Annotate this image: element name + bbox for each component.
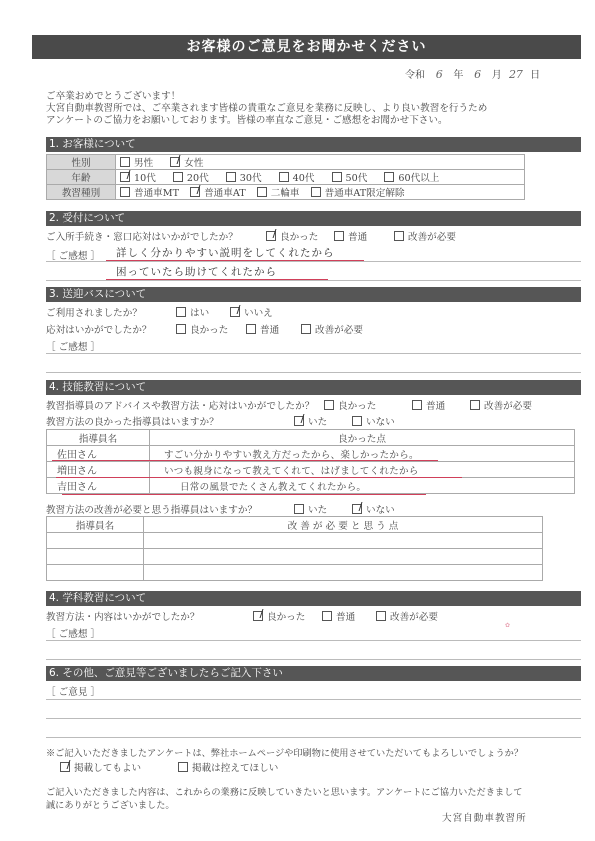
section-academic-header: 4. 学科教習について [46, 591, 581, 606]
instructor-name[interactable] [47, 549, 144, 565]
red-underline [62, 494, 426, 495]
improvement-point[interactable] [144, 533, 543, 549]
red-underline [56, 477, 462, 478]
section-reception-header: 2. 受付について [46, 211, 581, 226]
checkbox-icon[interactable] [322, 611, 332, 621]
reception-question-row: ご入所手続き・窓口応対はいかがでしたか？ 良かった 普通 改善が必要 [46, 229, 238, 243]
option-present[interactable]: いた [294, 502, 327, 516]
checkbox-icon[interactable] [332, 172, 342, 182]
signature: 大宮自動車教習所 [442, 810, 527, 824]
table-row: 吉田さん 日常の風景でたくさん教えてくれたから。 [47, 478, 575, 494]
option-mt[interactable]: 普通車MT [120, 185, 179, 199]
ruled-line [46, 280, 581, 281]
option-good[interactable]: 良かった [266, 229, 318, 243]
improvement-point[interactable] [144, 565, 543, 581]
consent-question: ※ご記入いただきましたアンケートは、弊社ホームページや印刷物に使用させていただい… [46, 745, 523, 759]
bus-used-question: ご利用されましたか？ [46, 308, 142, 319]
checkbox-checked-icon[interactable] [352, 504, 362, 514]
skills-q1: 教習指導員のアドバイスや教習方法・応対はいかがでしたか？ [46, 401, 314, 412]
intro-line: ご卒業おめでとうございます！ [46, 91, 487, 103]
checkbox-icon[interactable] [226, 172, 236, 182]
checkbox-icon[interactable] [334, 231, 344, 241]
reception-comment-line-2[interactable]: 困っていたら助けてくれたから [116, 264, 277, 279]
gender-label: 性別 [47, 155, 116, 170]
checkbox-icon[interactable] [120, 157, 130, 167]
option-needs-improvement[interactable]: 改善が必要 [376, 609, 438, 623]
col-instructor-name: 指導員名 [47, 517, 144, 533]
reception-comment-line-1[interactable]: 詳しく分かりやすい説明をしてくれたから [116, 245, 335, 260]
checkbox-icon[interactable] [279, 172, 289, 182]
section-bus-header: 3. 送迎バスについて [46, 287, 581, 302]
table-row [47, 549, 543, 565]
skills-q1-row: 教習指導員のアドバイスや教習方法・応対はいかがでしたか？ 良かった 普通 改善が… [46, 398, 314, 412]
checkbox-icon[interactable] [246, 324, 256, 334]
skills-q3: 教習方法の改善が必要と思う指導員はいますか？ [46, 505, 257, 516]
table-header: 指導員名 良かった点 [47, 430, 575, 446]
form-title: お客様のご意見をお聞かせください [32, 35, 581, 59]
closing-line: 誠にありがとうございました。 [46, 797, 175, 811]
ruled-line[interactable] [46, 372, 581, 373]
option-40s[interactable]: 40代 [279, 170, 315, 184]
bus-comment-label: ［ ご感想 ］ [46, 339, 100, 353]
bus-service-row: 応対はいかがでしたか？ 良かった 普通 改善が必要 [46, 322, 152, 336]
option-50s[interactable]: 50代 [332, 170, 368, 184]
date-month[interactable]: 6 [467, 68, 489, 81]
good-instructor-table: 指導員名 良かった点 佐田さん すごい分かりやすい教え方だったから、楽しかったか… [46, 429, 575, 494]
course-type-label: 教習種別 [47, 185, 116, 200]
ruled-line [46, 261, 581, 262]
checkbox-icon[interactable] [294, 504, 304, 514]
option-10s[interactable]: 10代 [120, 170, 156, 184]
option-male[interactable]: 男性 [120, 155, 153, 169]
date-month-label: 月 [492, 70, 502, 81]
option-absent[interactable]: いない [352, 414, 395, 428]
date-day[interactable]: 27 [505, 68, 527, 81]
date-day-label: 日 [530, 70, 540, 81]
ruled-line[interactable] [46, 718, 581, 719]
red-underline [52, 460, 438, 461]
gender-row: 性別 男性 女性 [47, 155, 525, 170]
date-era: 令和 [405, 70, 425, 81]
checkbox-icon[interactable] [352, 416, 362, 426]
col-good-points: 良かった点 [150, 430, 575, 446]
checkbox-checked-icon[interactable] [190, 187, 200, 197]
checkbox-icon[interactable] [470, 400, 480, 410]
checkbox-checked-icon[interactable] [170, 157, 180, 167]
option-at-limit-release[interactable]: 普通車AT限定解除 [311, 185, 405, 199]
option-normal[interactable]: 普通 [246, 322, 279, 336]
section-skills-header: 4. 技能教習について [46, 380, 581, 395]
option-motorcycle[interactable]: 二輪車 [257, 185, 300, 199]
bus-service-question: 応対はいかがでしたか？ [46, 325, 152, 336]
option-consent-allow[interactable]: 掲載してもよい [60, 760, 141, 774]
reception-question: ご入所手続き・窓口応対はいかがでしたか？ [46, 232, 238, 243]
checkbox-checked-icon[interactable] [253, 611, 263, 621]
good-point[interactable]: 日常の風景でたくさん教えてくれたから。 [150, 478, 575, 494]
ruled-line[interactable] [46, 699, 581, 700]
ruled-line[interactable] [46, 640, 581, 641]
option-good[interactable]: 良かった [324, 398, 376, 412]
option-consent-decline[interactable]: 掲載は控えてほしい [178, 760, 278, 774]
checkbox-icon[interactable] [178, 762, 188, 772]
good-point[interactable]: いつも親身になって教えてくれて、はげましてくれたから [150, 462, 575, 478]
checkbox-checked-icon[interactable] [266, 231, 276, 241]
closing-line: ご記入いただきました内容は、これからの業務に反映していきたいと思います。アンケー… [46, 784, 522, 798]
option-20s[interactable]: 20代 [173, 170, 209, 184]
option-60s-plus[interactable]: 60代以上 [384, 170, 439, 184]
checkbox-icon[interactable] [301, 324, 311, 334]
ruled-line[interactable] [46, 659, 581, 660]
intro-text: ご卒業おめでとうございます！大宮自動車教習所では、ご卒業されます皆様の貴重なご意… [46, 91, 487, 127]
option-good[interactable]: 良かった [253, 609, 305, 623]
improve-instructor-table: 指導員名 改 善 が 必 要 と 思 う 点 [46, 516, 543, 581]
instructor-name[interactable] [47, 565, 144, 581]
academic-question-row: 教習方法・内容はいかがでしたか？ 良かった 普通 改善が必要 [46, 609, 200, 623]
date: 令和 6 年 6 月 27 日 [405, 66, 540, 81]
skills-q2: 教習方法の良かった指導員はいますか？ [46, 417, 219, 428]
skills-q2-row: 教習方法の良かった指導員はいますか？ いた いない [46, 414, 219, 428]
option-absent[interactable]: いない [352, 502, 395, 516]
instructor-name[interactable] [47, 533, 144, 549]
option-at[interactable]: 普通車AT [190, 185, 246, 199]
checkbox-icon[interactable] [311, 187, 321, 197]
option-normal[interactable]: 普通 [412, 398, 445, 412]
table-row [47, 565, 543, 581]
option-needs-improvement[interactable]: 改善が必要 [301, 322, 363, 336]
checkbox-icon[interactable] [176, 307, 186, 317]
intro-line: 大宮自動車教習所では、ご卒業されます皆様の貴重なご意見を業務に反映し、より良い教… [46, 103, 487, 115]
intro-line: アンケートのご協力をお願いしております。皆様の率直なご意見・ご感想をお聞かせ下さ… [46, 115, 487, 127]
option-good[interactable]: 良かった [176, 322, 228, 336]
course-type-row: 教習種別 普通車MT 普通車AT 二輪車 普通車AT限定解除 [47, 185, 525, 200]
age-row: 年齢 10代 20代 30代 40代 50代 60代以上 [47, 170, 525, 185]
checkbox-checked-icon[interactable] [120, 172, 130, 182]
academic-question: 教習方法・内容はいかがでしたか？ [46, 612, 200, 623]
date-year-label: 年 [453, 70, 463, 81]
table-row [47, 533, 543, 549]
option-30s[interactable]: 30代 [226, 170, 262, 184]
checkbox-icon[interactable] [376, 611, 386, 621]
improvement-point[interactable] [144, 549, 543, 565]
col-instructor-name: 指導員名 [47, 430, 150, 446]
checkbox-checked-icon[interactable] [230, 307, 240, 317]
instructor-name[interactable]: 増田さん [47, 462, 150, 478]
checkbox-icon[interactable] [176, 324, 186, 334]
reception-comment-label: ［ ご感想 ］ [46, 248, 100, 262]
option-needs-improvement[interactable]: 改善が必要 [394, 229, 456, 243]
table-row: 増田さん いつも親身になって教えてくれて、はげましてくれたから [47, 462, 575, 478]
col-improvement-points: 改 善 が 必 要 と 思 う 点 [144, 517, 543, 533]
checkbox-icon[interactable] [412, 400, 422, 410]
checkbox-icon[interactable] [384, 172, 394, 182]
checkbox-icon[interactable] [173, 172, 183, 182]
checkbox-checked-icon[interactable] [294, 416, 304, 426]
bus-used-row: ご利用されましたか？ はい いいえ [46, 305, 142, 319]
ruled-line[interactable] [46, 353, 581, 354]
checkbox-icon[interactable] [324, 400, 334, 410]
option-female[interactable]: 女性 [170, 155, 203, 169]
checkbox-icon[interactable] [394, 231, 404, 241]
option-normal[interactable]: 普通 [322, 609, 355, 623]
checkbox-icon[interactable] [257, 187, 267, 197]
academic-comment-label: ［ ご感想 ］ [46, 626, 100, 640]
checkbox-icon[interactable] [120, 187, 130, 197]
date-year[interactable]: 6 [428, 68, 450, 81]
option-no[interactable]: いいえ [230, 305, 273, 319]
faint-stamp-mark: ✿ [505, 622, 525, 642]
ruled-line[interactable] [46, 737, 581, 738]
option-needs-improvement[interactable]: 改善が必要 [470, 398, 532, 412]
skills-q3-row: 教習方法の改善が必要と思う指導員はいますか？ いた いない [46, 502, 257, 516]
other-comment-label: ［ ご意見 ］ [46, 684, 100, 698]
option-yes[interactable]: はい [176, 305, 209, 319]
option-present[interactable]: いた [294, 414, 327, 428]
section-customer-header: 1. お客様について [46, 137, 581, 152]
customer-info-table: 性別 男性 女性 年齢 10代 20代 30代 40代 50代 60代以上 教習… [46, 154, 525, 200]
section-other-header: 6. その他、ご意見等ございましたらご記入下さい [46, 666, 581, 681]
option-normal[interactable]: 普通 [334, 229, 367, 243]
table-header: 指導員名 改 善 が 必 要 と 思 う 点 [47, 517, 543, 533]
age-label: 年齢 [47, 170, 116, 185]
instructor-name[interactable]: 吉田さん [47, 478, 150, 494]
checkbox-checked-icon[interactable] [60, 762, 70, 772]
